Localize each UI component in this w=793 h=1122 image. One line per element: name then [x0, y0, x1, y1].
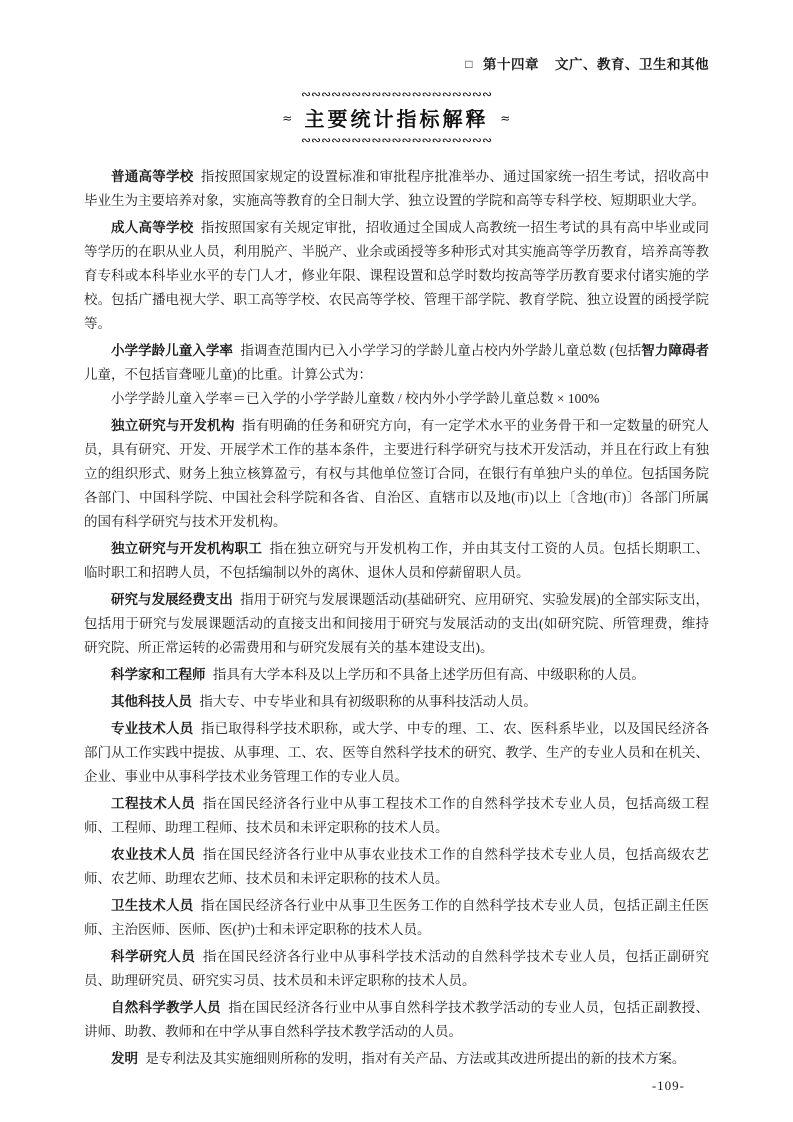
definition-paragraph: 科学家和工程师指具有大学本科及以上学历和不具备上述学历但有高、中级职称的人员。	[84, 663, 709, 687]
definition-term: 发明	[111, 1051, 138, 1066]
definition-term: 研究与发展经费支出	[111, 592, 233, 607]
definition-term: 普通高等学校	[111, 169, 193, 184]
definition-term: 独立研究与开发机构	[111, 418, 235, 433]
chapter-number: 第十四章	[483, 57, 539, 72]
document-page: □第十四章文广、教育、卫生和其他 ∾∾∾∾∾∾∾∾∾∾∾∾∾∾∾∾∾∾∾ ≀≀ …	[0, 0, 793, 1122]
section-title-row: ≀≀ 主要统计指标解释 ≀≀	[281, 100, 513, 135]
definition-paragraph: 科学研究人员指在国民经济各行业中从事科学技术活动的自然科学技术专业人员，包括正副…	[84, 945, 709, 993]
chapter-header: □第十四章文广、教育、卫生和其他	[84, 56, 709, 74]
definition-paragraph: 研究与发展经费支出指用于研究与发展课题活动(基础研究、应用研究、实验发展)的全部…	[84, 588, 709, 660]
definition-text: 指具有大学本科及以上学历和不具备上述学历但有高、中级职称的人员。	[213, 667, 645, 682]
definition-paragraph: 工程技术人员指在国民经济各行业中从事工程技术工作的自然科学技术专业人员，包括高级…	[84, 792, 709, 840]
definition-term: 成人高等学校	[111, 220, 193, 235]
definition-term: 独立研究与开发机构职工	[111, 541, 262, 556]
definition-paragraph: 小学学龄儿童入学率指调查范围内已入小学学习的学龄儿童占校内外学龄儿童总数 (包括…	[84, 339, 709, 411]
chapter-title: 文广、教育、卫生和其他	[555, 57, 709, 72]
page-number: -109-	[84, 1074, 709, 1094]
definition-term: 自然科学教学人员	[111, 1000, 221, 1015]
definition-text: 是专利法及其实施细则所称的发明，指对有关产品、方法或其改进所提出的新的技术方案。	[145, 1051, 685, 1066]
definition-term: 科学研究人员	[111, 949, 195, 964]
section-title-wrap: ∾∾∾∾∾∾∾∾∾∾∾∾∾∾∾∾∾∾∾ ≀≀ 主要统计指标解释 ≀≀ ∾∾∾∾∾…	[84, 88, 709, 149]
definition-term: 工程技术人员	[111, 796, 195, 811]
definition-formula: 小学学龄儿童入学率＝已入学的小学学龄儿童数 / 校内外小学学龄儿童总数 × 10…	[84, 387, 709, 411]
ornament-border-left: ≀≀	[281, 115, 295, 120]
definition-paragraph: 独立研究与开发机构指有明确的任务和研究方向，有一定学术水平的业务骨干和一定数量的…	[84, 414, 709, 534]
definition-term: 农业技术人员	[111, 847, 195, 862]
section-title-box: ∾∾∾∾∾∾∾∾∾∾∾∾∾∾∾∾∾∾∾ ≀≀ 主要统计指标解释 ≀≀ ∾∾∾∾∾…	[275, 88, 519, 147]
page-title: 主要统计指标解释	[305, 103, 489, 132]
definition-inline-bold: 智力障碍者	[641, 343, 709, 358]
definition-term: 小学学龄儿童入学率	[111, 343, 233, 358]
definition-text: 指有明确的任务和研究方向，有一定学术水平的业务骨干和一定数量的研究人员，具有研究…	[84, 418, 709, 529]
definition-paragraph: 农业技术人员指在国民经济各行业中从事农业技术工作的自然科学技术专业人员，包括高级…	[84, 843, 709, 891]
definition-text-after: 儿童，不包括盲聋哑儿童)的比重。计算公式为：	[84, 367, 372, 382]
definition-paragraph: 卫生技术人员指在国民经济各行业中从事卫生医务工作的自然科学技术专业人员，包括正副…	[84, 894, 709, 942]
paragraph-list: 普通高等学校指按照国家规定的设置标准和审批程序批准举办、通过国家统一招生考试，招…	[84, 165, 709, 1071]
ornament-border-top: ∾∾∾∾∾∾∾∾∾∾∾∾∾∾∾∾∾∾∾	[281, 89, 513, 100]
definition-text: 指大专、中专毕业和具有初级职称的从事科技活动人员。	[199, 694, 537, 709]
ornament-border-bottom: ∾∾∾∾∾∾∾∾∾∾∾∾∾∾∾∾∾∾∾	[281, 135, 513, 146]
ornament-border-right: ≀≀	[499, 115, 513, 120]
definition-term: 专业技术人员	[111, 721, 193, 736]
definition-term: 其他科技人员	[111, 694, 192, 709]
definition-term: 卫生技术人员	[111, 898, 193, 913]
definition-paragraph: 成人高等学校指按照国家有关规定审批，招收通过全国成人高教统一招生考试的具有高中毕…	[84, 216, 709, 336]
definition-paragraph: 专业技术人员指已取得科学技术职称，或大学、中专的理、工、农、医科系毕业，以及国民…	[84, 717, 709, 789]
definition-paragraph: 发明是专利法及其实施细则所称的发明，指对有关产品、方法或其改进所提出的新的技术方…	[84, 1047, 709, 1071]
definition-term: 科学家和工程师	[111, 667, 206, 682]
definition-text: 指调查范围内已入小学学习的学龄儿童占校内外学龄儿童总数 (包括	[240, 343, 641, 358]
chapter-box-icon: □	[465, 57, 473, 71]
definition-text: 指按照国家有关规定审批，招收通过全国成人高教统一招生考试的具有高中毕业或同等学历…	[84, 220, 709, 331]
definition-paragraph: 自然科学教学人员指在国民经济各行业中从事自然科学技术教学活动的专业人员，包括正副…	[84, 996, 709, 1044]
definition-paragraph: 其他科技人员指大专、中专毕业和具有初级职称的从事科技活动人员。	[84, 690, 709, 714]
definition-paragraph: 独立研究与开发机构职工指在独立研究与开发机构工作，并由其支付工资的人员。包括长期…	[84, 537, 709, 585]
definition-paragraph: 普通高等学校指按照国家规定的设置标准和审批程序批准举办、通过国家统一招生考试，招…	[84, 165, 709, 213]
